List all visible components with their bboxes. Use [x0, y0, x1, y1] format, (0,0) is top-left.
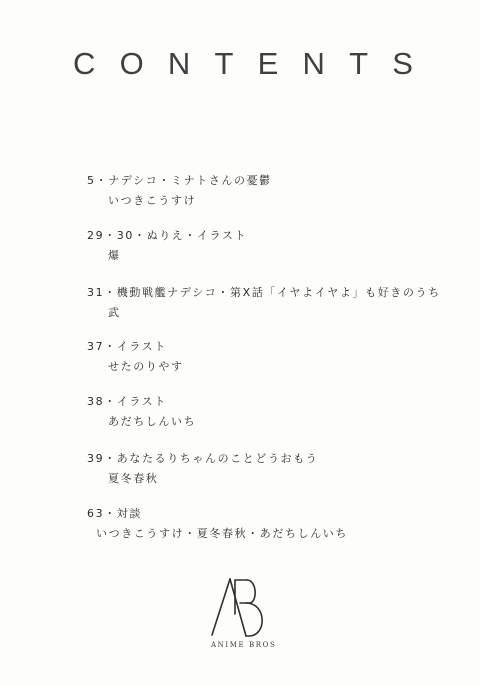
toc-entry-title: 39・あなたるりちゃんのことどうおもう	[87, 452, 318, 466]
title-letter: N	[168, 48, 190, 80]
anime-bros-logo-icon	[205, 574, 275, 640]
toc-entry: 29・30・ぬりえ・イラスト 爆	[87, 229, 247, 243]
toc-entry-author: いつきこうすけ	[108, 194, 196, 208]
title-letter: E	[258, 48, 279, 80]
toc-entry-title: 37・イラスト	[87, 340, 167, 354]
title-letter: T	[349, 48, 368, 80]
toc-entry: 31・機動戦艦ナデシコ・第X話「イヤよイヤよ」も好きのうち 武	[87, 286, 441, 300]
anime-bros-logo: ANIME BROS	[205, 574, 275, 656]
toc-entry-author: 武	[108, 306, 121, 320]
title-letter: N	[303, 48, 325, 80]
toc-entry: 38・イラスト あだちしんいち	[87, 395, 167, 409]
toc-entry-author: あだちしんいち	[108, 415, 196, 429]
toc-entry-title: 5・ナデシコ・ミナトさんの憂鬱	[87, 174, 272, 188]
toc-entry-title: 31・機動戦艦ナデシコ・第X話「イヤよイヤよ」も好きのうち	[87, 286, 441, 300]
toc-entry-author: せたのりやす	[108, 360, 184, 374]
toc-entry: 5・ナデシコ・ミナトさんの憂鬱 いつきこうすけ	[87, 174, 272, 188]
contents-page: C O N T E N T S 5・ナデシコ・ミナトさんの憂鬱 いつきこうすけ …	[0, 0, 480, 685]
title-letter: T	[215, 48, 234, 80]
title-letter: S	[392, 48, 413, 80]
toc-entry: 37・イラスト せたのりやす	[87, 340, 167, 354]
toc-entry-title: 29・30・ぬりえ・イラスト	[87, 229, 247, 243]
toc-entry: 39・あなたるりちゃんのことどうおもう 夏冬春秋	[87, 452, 318, 466]
toc-entry-author: 爆	[108, 249, 121, 263]
toc-entry-title: 63・対談	[87, 507, 142, 521]
title-letter: C	[73, 48, 95, 80]
logo-text: ANIME BROS	[211, 641, 271, 649]
toc-entry-author: 夏冬春秋	[108, 472, 158, 486]
title-letter: O	[120, 48, 144, 80]
toc-entry-title: 38・イラスト	[87, 395, 167, 409]
toc-entry-author: いつきこうすけ・夏冬春秋・あだちしんいち	[96, 527, 348, 541]
toc-entry: 63・対談 いつきこうすけ・夏冬春秋・あだちしんいち	[87, 507, 142, 521]
page-title: C O N T E N T S	[73, 48, 413, 80]
